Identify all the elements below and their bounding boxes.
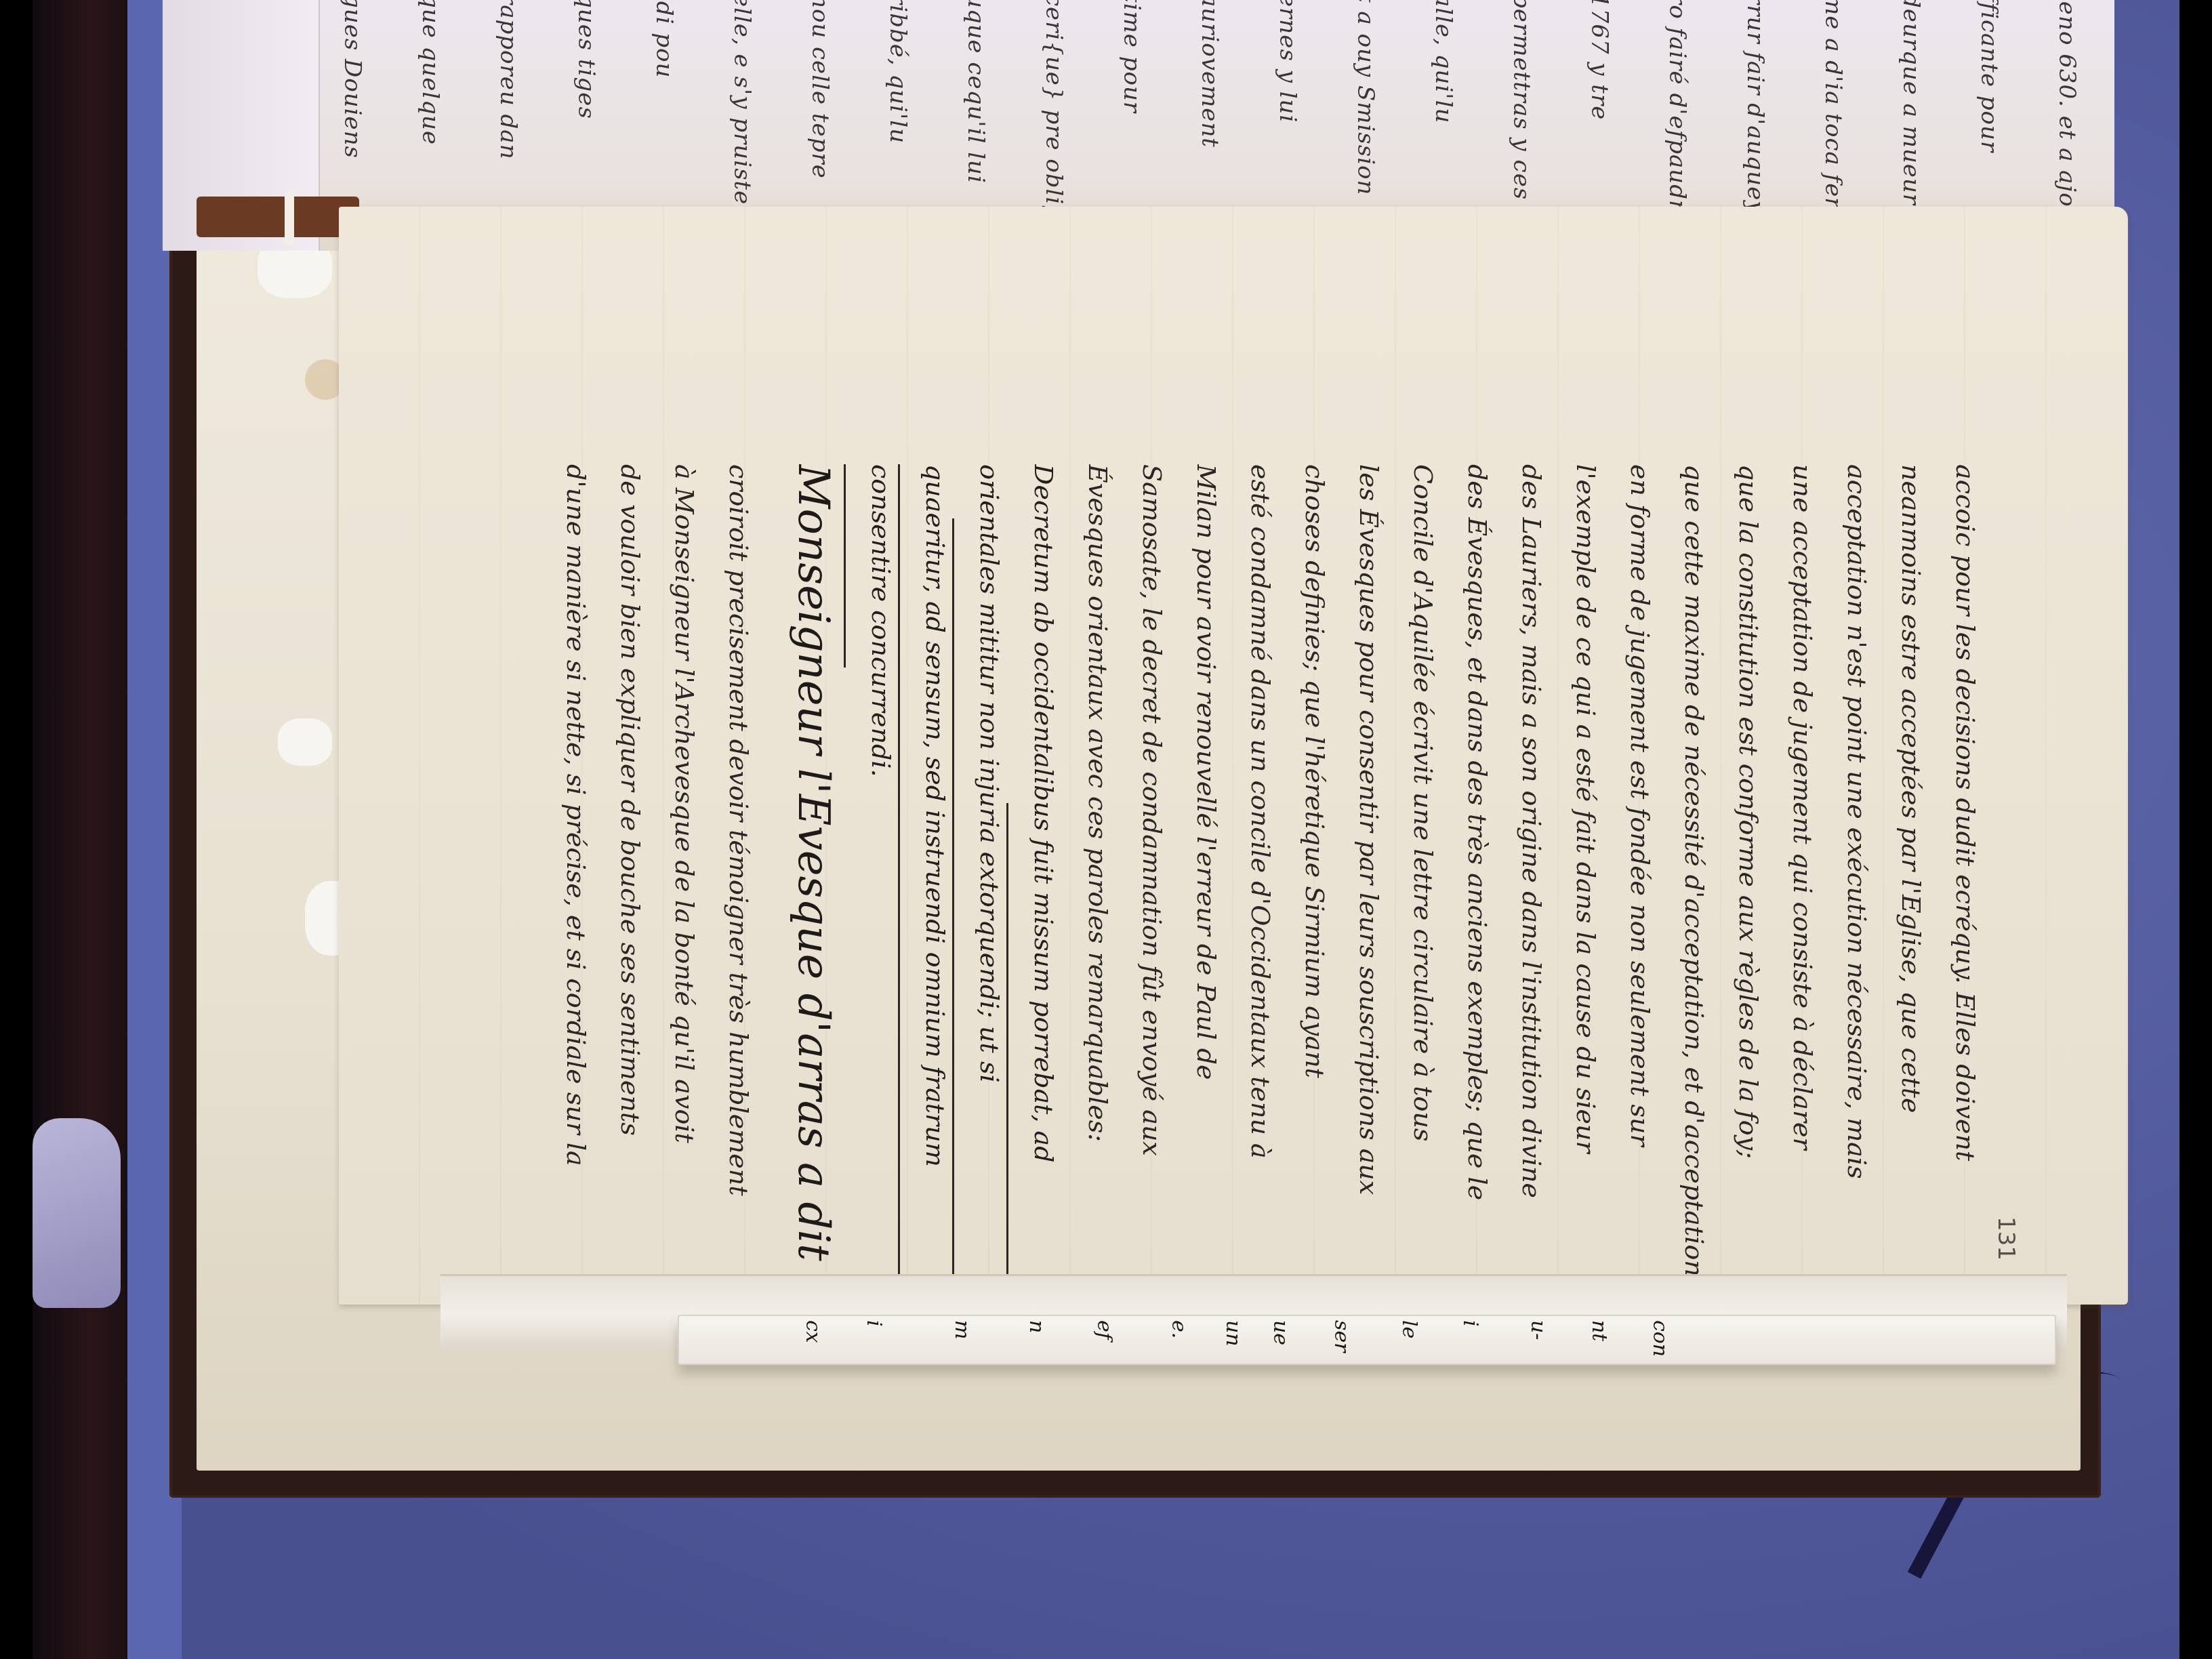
- manuscript-line: à Monseigneur l'Archevesque de la bonté …: [664, 464, 705, 1291]
- manuscript-line: esté condamné dans un concile d'Occident…: [1240, 464, 1281, 1291]
- left-page-line: nou celle tepre: [806, 0, 834, 237]
- slip-text-fragment: ser: [1330, 1320, 1353, 1361]
- left-page-line: alle, qui'lu: [1430, 0, 1457, 237]
- left-page-line: uque cequ'il lui: [962, 0, 989, 237]
- slip-text-fragment: u-: [1526, 1320, 1550, 1361]
- manuscript-line-latin: quaeritur, ad sensum, sed instruendi omn…: [915, 464, 956, 1291]
- slip-text-fragment: e.: [1167, 1320, 1191, 1361]
- left-page-line: t a ouy Smission: [1352, 0, 1379, 237]
- manuscript-line: d'une manière si nette, si précise, et s…: [556, 464, 596, 1291]
- slip-text-fragment: le: [1397, 1320, 1421, 1361]
- slip-text-fragment: cx: [801, 1320, 825, 1361]
- torn-binding: [197, 197, 359, 237]
- manuscript-text: accoic pour les decisions dudit ecréquy.…: [339, 207, 2128, 1305]
- manuscript-line-latin: consentire concurrendi.: [861, 464, 901, 1291]
- left-page-line: permettras y ces: [1508, 0, 1535, 237]
- left-page-line: ernes y lui: [1274, 0, 1301, 237]
- manuscript-line: Milan pour avoir renouvellé l'erreur de …: [1186, 464, 1227, 1291]
- left-page-line: elle, e s'y pruiste: [729, 0, 756, 237]
- left-page-line: ques tiges: [573, 0, 600, 237]
- folded-paper-slip: cx i m n ef e. un ue ser le i u- nt con: [678, 1315, 2056, 1365]
- left-page-line: auriovement: [1196, 0, 1223, 237]
- left-page-line: ldi pou: [651, 0, 678, 237]
- manuscript-line: que cette maxime de nécessité d'acceptat…: [1674, 464, 1715, 1291]
- left-page-line: time pour: [1118, 0, 1145, 237]
- left-page-line: ro fairé d'efpaudre: [1664, 0, 1691, 237]
- left-page-line: 1767 y tre: [1586, 0, 1613, 237]
- left-page-line: fficante pour: [1975, 0, 2003, 237]
- section-heading: Monseigneur l'Évesque d'arras a dit qu'i…: [773, 464, 834, 1291]
- binding-thread: [285, 191, 294, 245]
- manuscript-line: Samosate, le decret de condamnation fût …: [1132, 464, 1172, 1291]
- left-page-line: deurque a mueur: [1898, 0, 1925, 237]
- left-page-line: ieno 630. et a ajo: [2053, 0, 2081, 237]
- manuscript-line: choses definies; que l'héretique Sirmium…: [1294, 464, 1335, 1291]
- manuscript-line: Évesques orientaux avec ces paroles rema…: [1078, 464, 1118, 1291]
- slip-text-fragment: m: [950, 1320, 974, 1361]
- left-page-line: que quelque: [417, 0, 444, 237]
- manuscript-line: acceptation n'est point une exécution né…: [1837, 464, 1877, 1291]
- manuscript-line: accoic pour les decisions dudit ecréquy.…: [1945, 464, 1986, 1291]
- manuscript-line: des Lauriers, mais a son origine dans l'…: [1511, 464, 1552, 1291]
- slip-text-fragment: ef: [1092, 1320, 1116, 1361]
- underline: [844, 464, 846, 668]
- manuscript-page: accoic pour les decisions dudit ecréquy.…: [339, 207, 2128, 1305]
- slip-text-fragment: con: [1648, 1320, 1672, 1361]
- manuscript-line: en forme de jugement est fondée non seul…: [1620, 464, 1660, 1291]
- slip-text-fragment: ue: [1269, 1320, 1292, 1361]
- left-page-line: me a d'ia toca fer: [1820, 0, 1847, 237]
- manuscript-line: des Évesques, et dans des très anciens e…: [1457, 464, 1498, 1291]
- left-page-line: ceri{ue} pre obligé: [1040, 0, 1067, 237]
- slip-text-fragment: un: [1221, 1320, 1245, 1361]
- slip-text-fragment: n: [1025, 1320, 1048, 1361]
- adjacent-book-cover: [33, 0, 127, 1659]
- manuscript-line: l'exemple de ce qui a esté fait dans la …: [1565, 464, 1606, 1291]
- folio-number: 131: [1992, 1216, 2020, 1261]
- left-page-line: ribbé, qui'lu: [884, 0, 912, 237]
- manuscript-line: que la constitution est conforme aux règ…: [1728, 464, 1769, 1291]
- manuscript-line: une acceptation de jugement qui consiste…: [1782, 464, 1823, 1291]
- paper-damage: [278, 718, 332, 766]
- manuscript-line: les Évesques pour consentir par leurs so…: [1349, 464, 1389, 1291]
- manuscript-line: Concile d'Aquilée écrivit une lettre cir…: [1403, 464, 1443, 1291]
- slip-text-fragment: i: [862, 1320, 886, 1361]
- manuscript-line-latin: Decretum ab occidentalibus fuit missum p…: [1023, 464, 1064, 1291]
- left-page-line: rapporeu dan: [495, 0, 522, 237]
- left-page-line: rrur fair d'auquey: [1742, 0, 1769, 237]
- white-glove: [33, 1118, 121, 1308]
- slip-text-fragment: nt: [1587, 1320, 1611, 1361]
- manuscript-line-latin: orientales mititur non injuria extorquen…: [969, 464, 1010, 1291]
- manuscript-line: de vouloir bien expliquer de bouche ses …: [610, 464, 651, 1291]
- manuscript-line: neanmoins estre acceptées par l'Eglise, …: [1891, 464, 1931, 1291]
- manuscript-line: croiroit precisement devoir témoigner tr…: [718, 464, 759, 1291]
- slip-text-fragment: i: [1458, 1320, 1482, 1361]
